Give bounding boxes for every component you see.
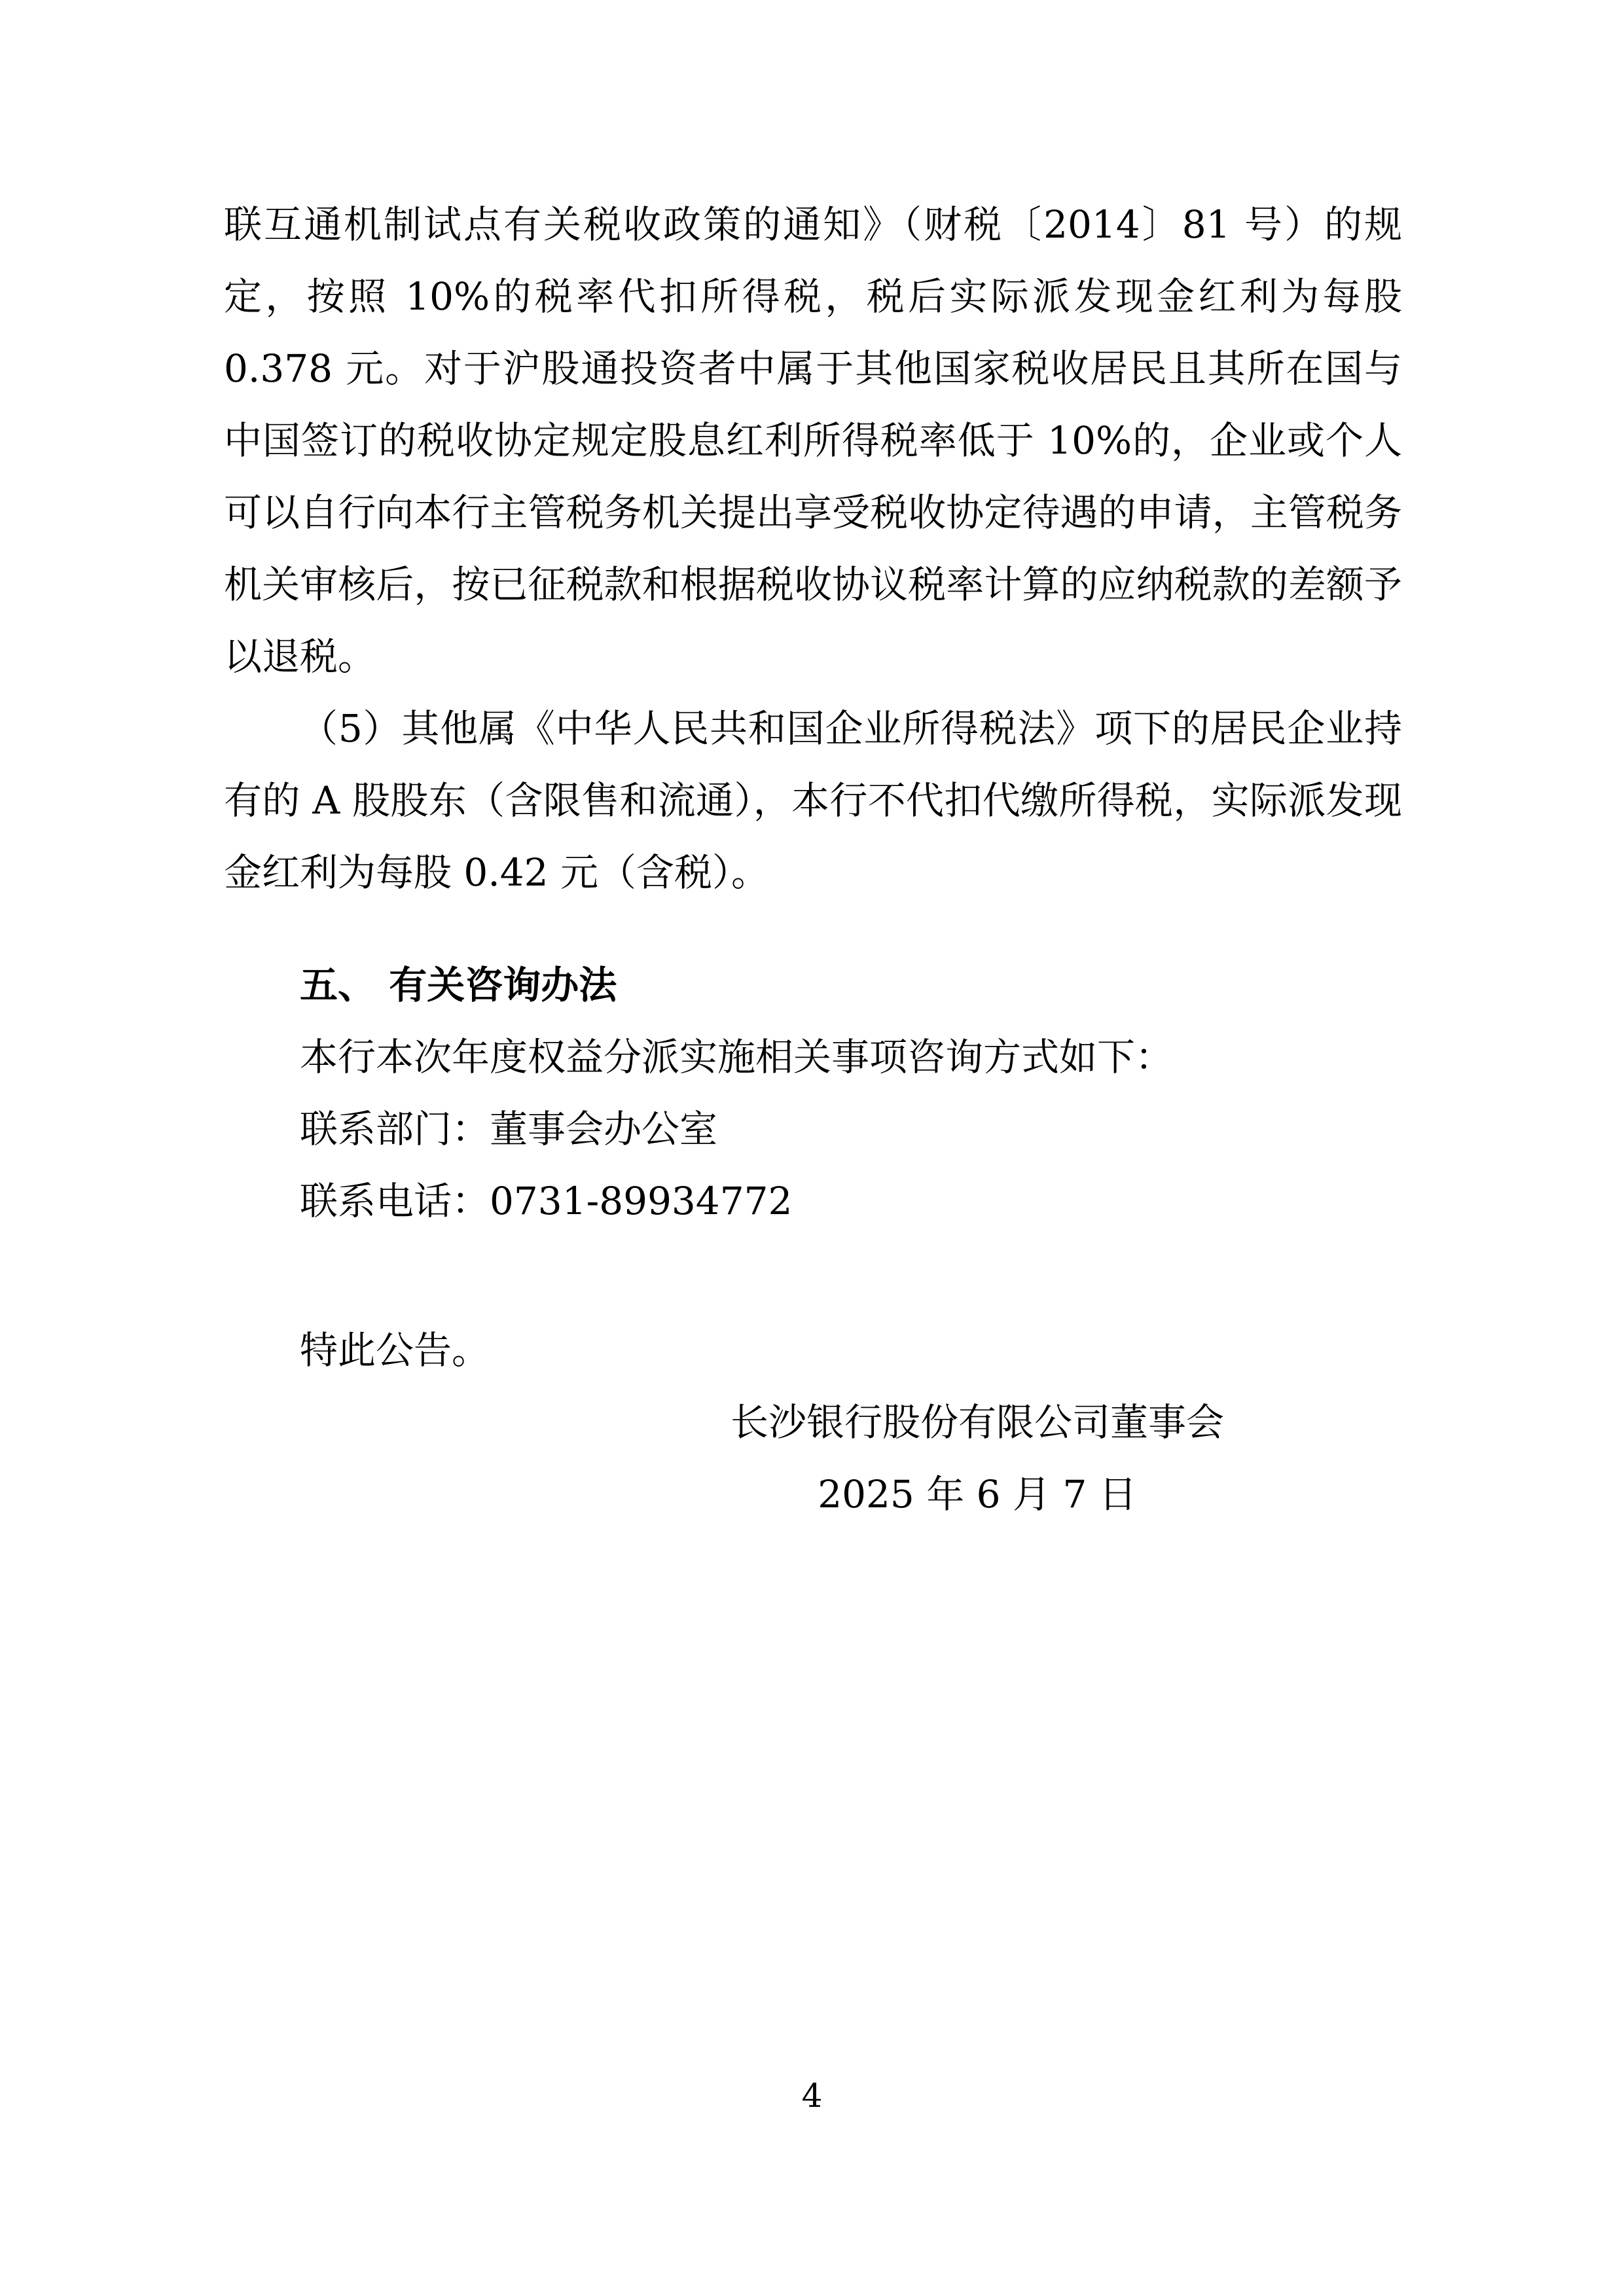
document-page: 联互通机制试点有关税收政策的通知》（财税〔2014〕81 号）的规定，按照 10… bbox=[0, 0, 1624, 2296]
signature-company: 长沙银行股份有限公司董事会 bbox=[224, 1386, 1402, 1458]
paragraph-item5-resident-enterprise: （5）其他属《中华人民共和国企业所得税法》项下的居民企业持有的 A 股股东（含限… bbox=[224, 692, 1402, 908]
page-number: 4 bbox=[0, 2076, 1624, 2115]
section5-heading: 五、 有关咨询办法 bbox=[224, 949, 1402, 1021]
closing-statement: 特此公告。 bbox=[224, 1314, 1402, 1386]
contact-phone: 联系电话：0731-89934772 bbox=[224, 1165, 1402, 1237]
document-body: 联互通机制试点有关税收政策的通知》（财税〔2014〕81 号）的规定，按照 10… bbox=[224, 188, 1402, 1530]
signature-date: 2025 年 6 月 7 日 bbox=[224, 1458, 1402, 1530]
paragraph-tax-withholding: 联互通机制试点有关税收政策的通知》（财税〔2014〕81 号）的规定，按照 10… bbox=[224, 188, 1402, 692]
contact-department: 联系部门：董事会办公室 bbox=[224, 1093, 1402, 1165]
consultation-intro: 本行本次年度权益分派实施相关事项咨询方式如下： bbox=[224, 1021, 1402, 1093]
